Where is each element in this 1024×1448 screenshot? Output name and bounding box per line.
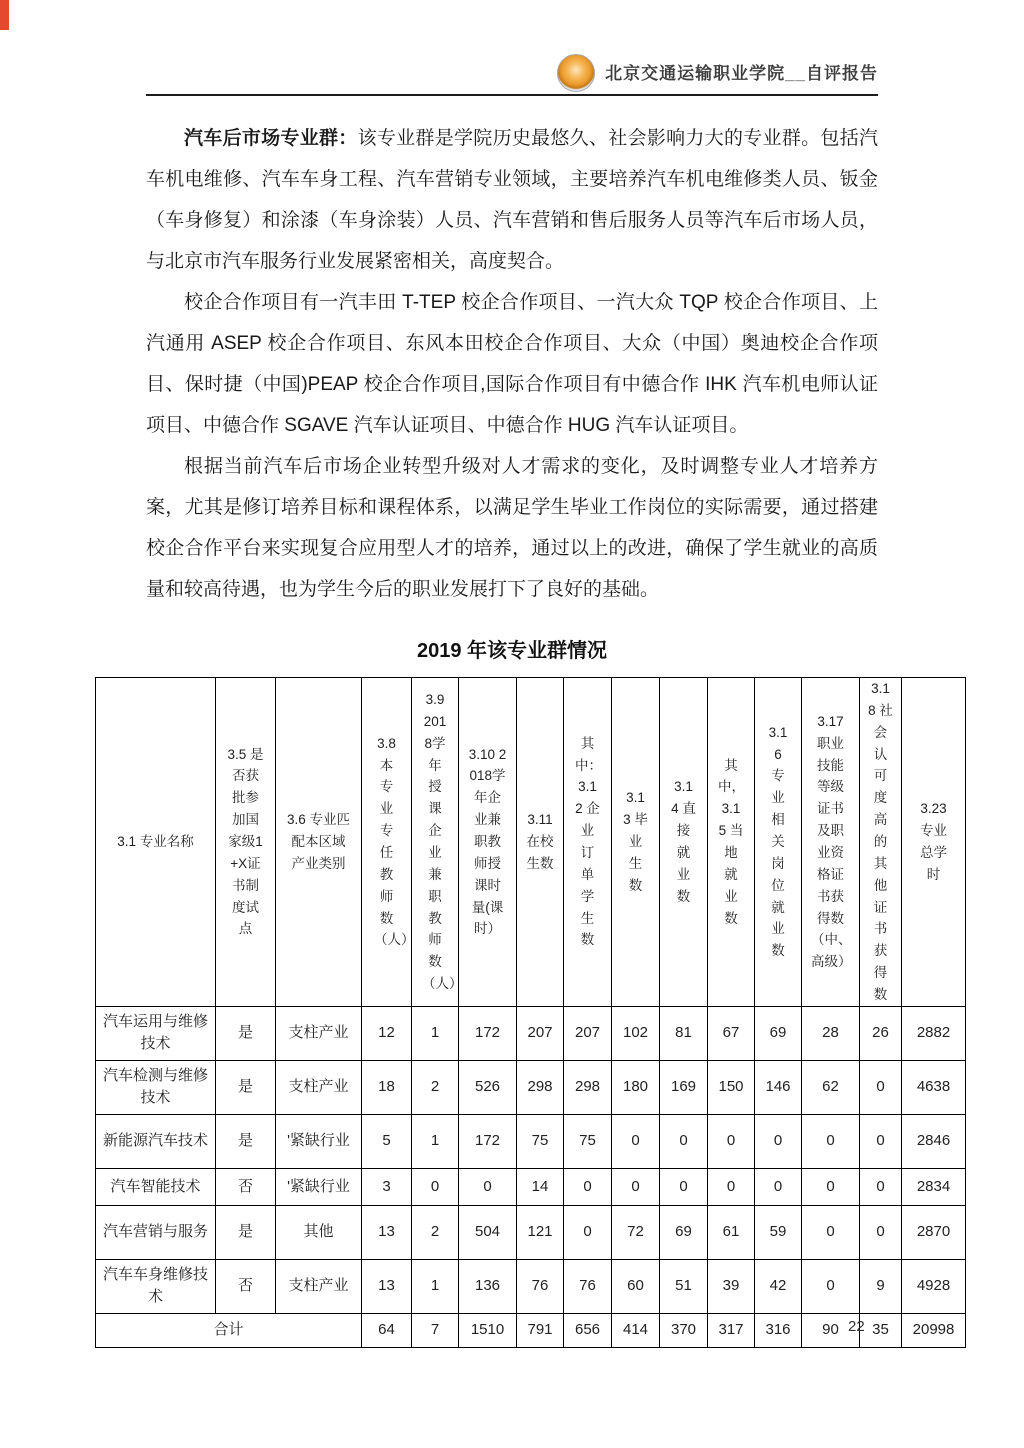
column-header-other-certs: 3.18 社会认可度高的其他证书获得数 <box>860 678 902 1007</box>
table-row: 汽车营销与服务 是 其他 13 2 504 121 0 72 69 61 59 … <box>96 1205 966 1259</box>
table-cell: '紧缺行业 <box>276 1114 362 1168</box>
table-cell: 28 <box>802 1006 860 1060</box>
table-cell: 2870 <box>902 1205 966 1259</box>
column-header-local-employment: 其中，3.15 当地就业数 <box>708 678 755 1007</box>
total-cell: 35 <box>860 1313 902 1347</box>
column-header-graduates: 3.13 毕业生数 <box>612 678 660 1007</box>
table-cell: 76 <box>517 1259 564 1313</box>
paragraph-3: 根据当前汽车后市场企业转型升级对人才需求的变化，及时调整专业人才培养方案，尤其是… <box>146 446 878 610</box>
table-cell: 0 <box>755 1114 802 1168</box>
table-cell: 0 <box>860 1168 902 1205</box>
table-row: 新能源汽车技术 是 '紧缺行业 5 1 172 75 75 0 0 0 0 0 … <box>96 1114 966 1168</box>
table-cell: 146 <box>755 1060 802 1114</box>
total-cell: 7 <box>412 1313 459 1347</box>
table-cell: 121 <box>517 1205 564 1259</box>
column-header-direct-employment: 3.14 直接就业数 <box>660 678 708 1007</box>
page-header: 北京交通运输职业学院__自评报告 <box>146 52 878 96</box>
column-header-fulltime-teachers: 3.8 本专业专任教师数（人） <box>362 678 412 1007</box>
table-cell: 13 <box>362 1205 412 1259</box>
total-cell: 656 <box>564 1313 612 1347</box>
table-cell: 新能源汽车技术 <box>96 1114 216 1168</box>
table-cell: 39 <box>708 1259 755 1313</box>
table-cell: '紧缺行业 <box>276 1168 362 1205</box>
table-cell: 2 <box>412 1205 459 1259</box>
table-cell: 59 <box>755 1205 802 1259</box>
column-header-parttime-hours: 3.10 2018学年企业兼职教师授课时量(课时） <box>459 678 517 1007</box>
table-cell: 42 <box>755 1259 802 1313</box>
page-number: 22 <box>848 1318 865 1335</box>
table-cell: 0 <box>802 1259 860 1313</box>
table-cell: 4928 <box>902 1259 966 1313</box>
table-cell: 298 <box>517 1060 564 1114</box>
table-row: 汽车智能技术 否 '紧缺行业 3 0 0 14 0 0 0 0 0 0 0 28… <box>96 1168 966 1205</box>
column-header-related-jobs: 3.16 专业相关岗位就业数 <box>755 678 802 1007</box>
table-cell: 4638 <box>902 1060 966 1114</box>
table-cell: 1 <box>412 1006 459 1060</box>
table-cell: 75 <box>564 1114 612 1168</box>
column-header-major-name: 3.1 专业名称 <box>96 678 216 1007</box>
total-cell: 316 <box>755 1313 802 1347</box>
table-cell: 81 <box>660 1006 708 1060</box>
program-group-table: 3.1 专业名称 3.5 是否获批参加国家级1+X证书制度试点 3.6 专业匹配… <box>95 677 966 1348</box>
table-cell: 其他 <box>276 1205 362 1259</box>
table-cell: 是 <box>216 1006 276 1060</box>
table-cell: 180 <box>612 1060 660 1114</box>
report-page: 北京交通运输职业学院__自评报告 汽车后市场专业群：该专业群是学院历史最悠久、社… <box>0 0 1024 1448</box>
table-cell: 3 <box>362 1168 412 1205</box>
table-cell: 26 <box>860 1006 902 1060</box>
table-cell: 0 <box>802 1205 860 1259</box>
table-row: 汽车运用与维修技术 是 支柱产业 12 1 172 207 207 102 81… <box>96 1006 966 1060</box>
table-cell: 69 <box>660 1205 708 1259</box>
table-cell: 207 <box>564 1006 612 1060</box>
body-text: 汽车后市场专业群：该专业群是学院历史最悠久、社会影响力大的专业群。包括汽车机电维… <box>146 118 878 610</box>
table-cell: 169 <box>660 1060 708 1114</box>
table-cell: 0 <box>459 1168 517 1205</box>
table-cell: 2834 <box>902 1168 966 1205</box>
table-cell: 14 <box>517 1168 564 1205</box>
paragraph-2: 校企合作项目有一汽丰田 T-TEP 校企合作项目、一汽大众 TQP 校企合作项目… <box>146 282 878 446</box>
table-cell: 是 <box>216 1114 276 1168</box>
table-title: 2019 年该专业群情况 <box>0 634 1024 663</box>
table-cell: 0 <box>564 1205 612 1259</box>
total-cell: 414 <box>612 1313 660 1347</box>
total-cell: 64 <box>362 1313 412 1347</box>
table-cell: 0 <box>708 1114 755 1168</box>
table-cell: 是 <box>216 1205 276 1259</box>
column-header-parttime-teachers: 3.9 2018学年授课企业兼职教师数（人） <box>412 678 459 1007</box>
table-cell: 汽车运用与维修技术 <box>96 1006 216 1060</box>
column-header-1x-pilot: 3.5 是否获批参加国家级1+X证书制度试点 <box>216 678 276 1007</box>
table-cell: 0 <box>564 1168 612 1205</box>
table-cell: 504 <box>459 1205 517 1259</box>
table-cell: 72 <box>612 1205 660 1259</box>
college-seal-icon <box>557 54 595 92</box>
table-cell: 0 <box>708 1168 755 1205</box>
table-cell: 汽车营销与服务 <box>96 1205 216 1259</box>
table-cell: 汽车车身维修技术 <box>96 1259 216 1313</box>
table-cell: 0 <box>755 1168 802 1205</box>
column-header-enrolled-students: 3.11 在校生数 <box>517 678 564 1007</box>
table-cell: 汽车检测与维修技术 <box>96 1060 216 1114</box>
table-cell: 60 <box>612 1259 660 1313</box>
table-cell: 61 <box>708 1205 755 1259</box>
table-cell: 0 <box>802 1168 860 1205</box>
column-header-order-students: 其中：3.12 企业订单学生数 <box>564 678 612 1007</box>
table-total-row: 合计 64 7 1510 791 656 414 370 317 316 90 … <box>96 1313 966 1347</box>
table-cell: 支柱产业 <box>276 1060 362 1114</box>
table-cell: 13 <box>362 1259 412 1313</box>
table-row: 汽车检测与维修技术 是 支柱产业 18 2 526 298 298 180 16… <box>96 1060 966 1114</box>
table-cell: 51 <box>660 1259 708 1313</box>
table-cell: 0 <box>612 1114 660 1168</box>
column-header-total-hours: 3.23 专业总学时 <box>902 678 966 1007</box>
paragraph-1-text: 该专业群是学院历史最悠久、社会影响力大的专业群。包括汽车机电维修、汽车车身工程、… <box>146 128 878 272</box>
table-cell: 298 <box>564 1060 612 1114</box>
table-cell: 否 <box>216 1259 276 1313</box>
table-cell: 69 <box>755 1006 802 1060</box>
table-cell: 150 <box>708 1060 755 1114</box>
table-cell: 62 <box>802 1060 860 1114</box>
table-cell: 支柱产业 <box>276 1006 362 1060</box>
table-cell: 5 <box>362 1114 412 1168</box>
table-cell: 172 <box>459 1006 517 1060</box>
table-cell: 172 <box>459 1114 517 1168</box>
total-cell: 1510 <box>459 1313 517 1347</box>
total-cell: 317 <box>708 1313 755 1347</box>
table-cell: 102 <box>612 1006 660 1060</box>
table-cell: 0 <box>660 1168 708 1205</box>
total-cell: 20998 <box>902 1313 966 1347</box>
table-cell: 0 <box>860 1205 902 1259</box>
table-cell: 0 <box>660 1114 708 1168</box>
table-cell: 支柱产业 <box>276 1259 362 1313</box>
table-cell: 0 <box>412 1168 459 1205</box>
total-cell: 370 <box>660 1313 708 1347</box>
column-header-industry-type: 3.6 专业匹配本区域产业类别 <box>276 678 362 1007</box>
table-cell: 207 <box>517 1006 564 1060</box>
column-header-skill-certs: 3.17 职业技能等级证书及职业资格证书获得数（中、高级） <box>802 678 860 1007</box>
table-cell: 18 <box>362 1060 412 1114</box>
table-cell: 否 <box>216 1168 276 1205</box>
table-cell: 0 <box>802 1114 860 1168</box>
paragraph-1: 汽车后市场专业群：该专业群是学院历史最悠久、社会影响力大的专业群。包括汽车机电维… <box>146 118 878 282</box>
table-cell: 526 <box>459 1060 517 1114</box>
table-cell: 是 <box>216 1060 276 1114</box>
table-row: 汽车车身维修技术 否 支柱产业 13 1 136 76 76 60 51 39 … <box>96 1259 966 1313</box>
table-cell: 2882 <box>902 1006 966 1060</box>
table-cell: 76 <box>564 1259 612 1313</box>
table-cell: 2 <box>412 1060 459 1114</box>
table-cell: 2846 <box>902 1114 966 1168</box>
table-cell: 67 <box>708 1006 755 1060</box>
table-cell: 0 <box>860 1060 902 1114</box>
paragraph-1-lead: 汽车后市场专业群： <box>184 128 358 149</box>
total-label: 合计 <box>96 1313 362 1347</box>
table-cell: 12 <box>362 1006 412 1060</box>
table-header-row: 3.1 专业名称 3.5 是否获批参加国家级1+X证书制度试点 3.6 专业匹配… <box>96 678 966 1007</box>
table-cell: 1 <box>412 1114 459 1168</box>
page-edge-marker <box>0 0 9 30</box>
table-cell: 汽车智能技术 <box>96 1168 216 1205</box>
header-title: 北京交通运输职业学院__自评报告 <box>605 59 878 84</box>
table-cell: 1 <box>412 1259 459 1313</box>
table-cell: 0 <box>612 1168 660 1205</box>
table-cell: 9 <box>860 1259 902 1313</box>
table-cell: 136 <box>459 1259 517 1313</box>
table-cell: 75 <box>517 1114 564 1168</box>
total-cell: 791 <box>517 1313 564 1347</box>
table-cell: 0 <box>860 1114 902 1168</box>
